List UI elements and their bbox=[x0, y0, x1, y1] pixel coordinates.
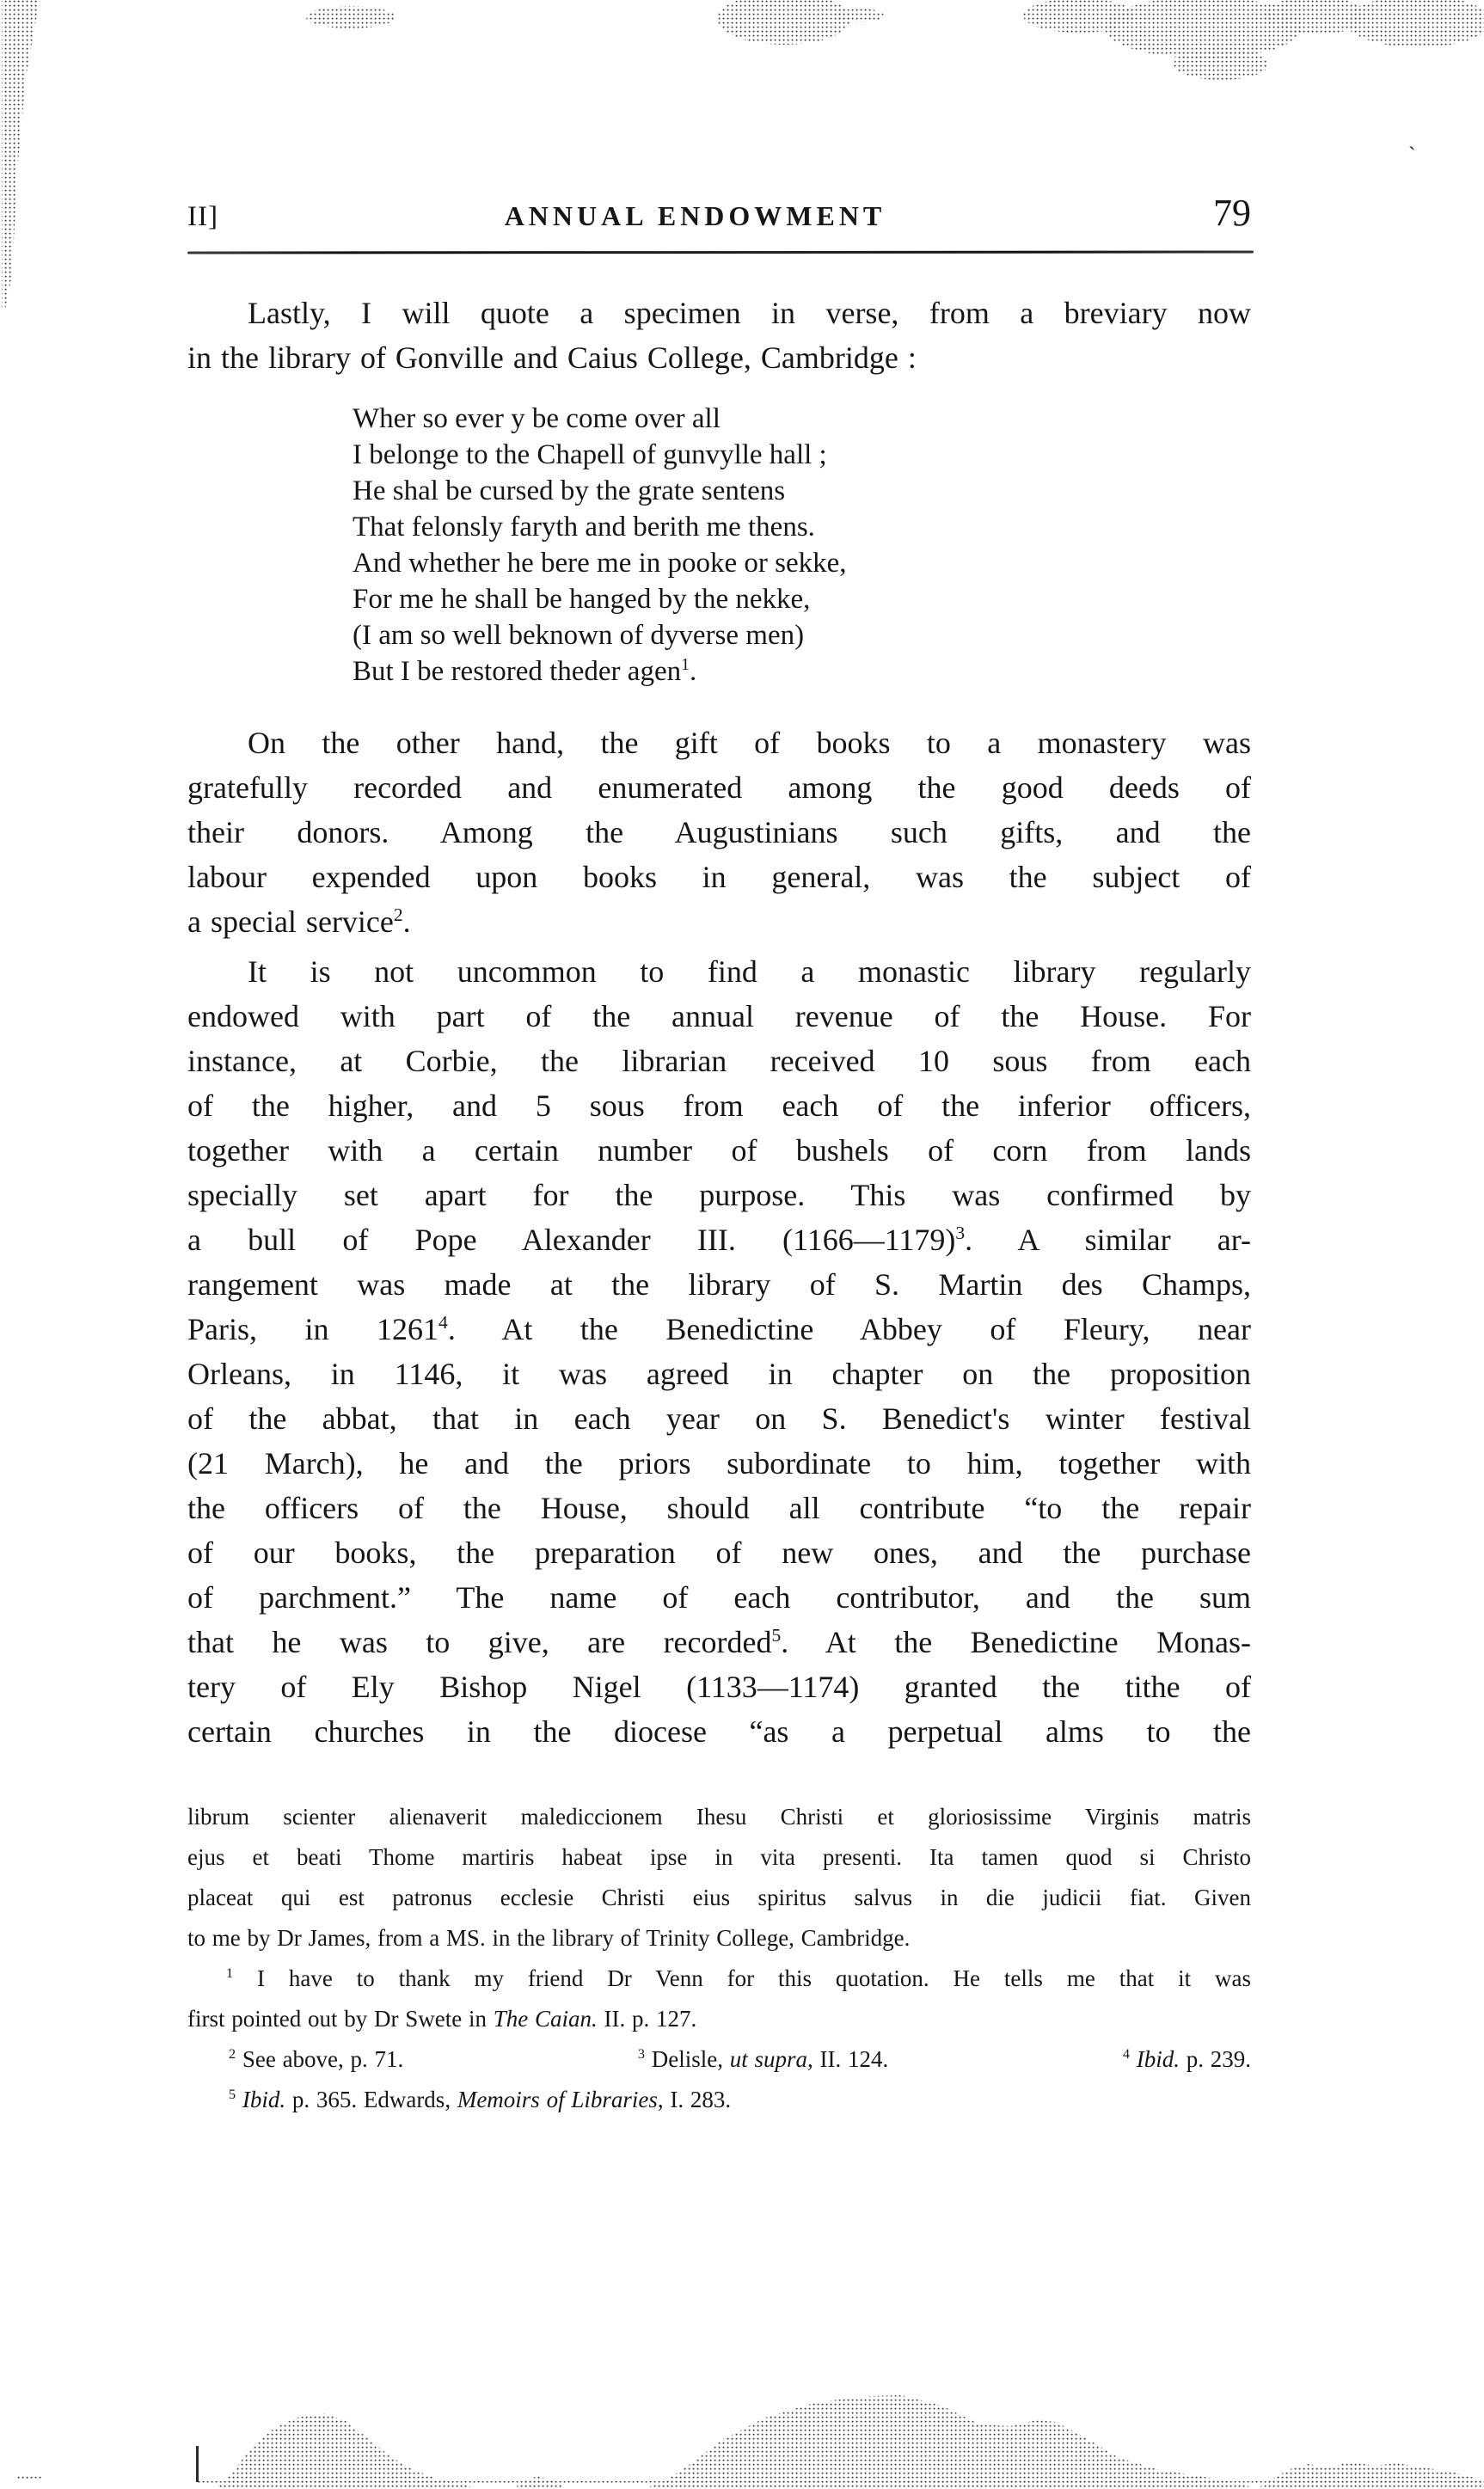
text-line: of parchment.” The name of each contribu… bbox=[187, 1575, 1251, 1620]
text-segment: 5 bbox=[771, 1625, 781, 1646]
text-line: On the other hand, the gift of books to … bbox=[187, 720, 1251, 765]
text-line: And whether he bere me in pooke or sekke… bbox=[353, 545, 1251, 581]
text-segment: tery of Ely Bishop Nigel (1133—1174) gra… bbox=[187, 1670, 1251, 1704]
text-line: Lastly, I will quote a specimen in verse… bbox=[187, 291, 1251, 335]
text-segment: placeat qui est patronus ecclesie Christ… bbox=[187, 1885, 1251, 1910]
text-segment: 3 bbox=[638, 2046, 645, 2062]
footnote-continuation: librum scienter alienaverit malediccione… bbox=[187, 1797, 1251, 1959]
text-line: a bull of Pope Alexander III. (1166—1179… bbox=[187, 1217, 1251, 1262]
footnote-5: 5 Ibid. p. 365. Edwards, Memoirs of Libr… bbox=[187, 2080, 1251, 2120]
footnote-2: 2 See above, p. 71. bbox=[229, 2039, 403, 2080]
text-line: rangement was made at the library of S. … bbox=[187, 1262, 1251, 1307]
text-line: labour expended upon books in general, w… bbox=[187, 855, 1251, 899]
text-line: to me by Dr James, from a MS. in the lib… bbox=[187, 1918, 1251, 1959]
text-segment: . At the Benedictine Abbey of Fleury, ne… bbox=[448, 1312, 1251, 1346]
text-segment: specially set apart for the purpose. Thi… bbox=[187, 1178, 1251, 1212]
text-segment: It is not uncommon to find a monastic li… bbox=[248, 954, 1251, 989]
text-line: of the higher, and 5 sous from each of t… bbox=[187, 1083, 1251, 1128]
text-segment: instance, at Corbie, the librarian recei… bbox=[187, 1044, 1251, 1078]
text-line: (I am so well beknown of dyverse men) bbox=[353, 617, 1251, 653]
scan-artifact-bottom bbox=[0, 2321, 1484, 2489]
text-segment: certain churches in the diocese “as a pe… bbox=[187, 1714, 1251, 1749]
text-segment: gratefully recorded and enumerated among… bbox=[187, 770, 1251, 805]
text-segment: 3 bbox=[955, 1223, 965, 1243]
text-line: Orleans, in 1146, it was agreed in chapt… bbox=[187, 1352, 1251, 1396]
text-segment: The Caian. bbox=[494, 2006, 598, 2032]
text-segment: Ibid. bbox=[242, 2087, 285, 2112]
text-segment: a bull of Pope Alexander III. (1166—1179… bbox=[187, 1223, 955, 1257]
text-segment: 5 bbox=[229, 2087, 236, 2102]
text-segment: Ibid. bbox=[1137, 2046, 1180, 2072]
text-segment: 2 bbox=[229, 2046, 236, 2062]
text-line: Wher so ever y be come over all bbox=[353, 401, 1251, 437]
text-line: gratefully recorded and enumerated among… bbox=[187, 765, 1251, 810]
footnote-row: 2 See above, p. 71. 3 Delisle, ut supra,… bbox=[187, 2039, 1251, 2080]
text-segment bbox=[1130, 2046, 1137, 2072]
text-segment: 1 bbox=[681, 655, 690, 674]
text-line: It is not uncommon to find a monastic li… bbox=[187, 949, 1251, 994]
text-segment: that he was to give, are recorded bbox=[187, 1625, 771, 1659]
footnote-1: 1 I have to thank my friend Dr Venn for … bbox=[187, 1959, 1251, 2039]
ink-speck: ` bbox=[1408, 144, 1416, 167]
text-segment: rangement was made at the library of S. … bbox=[187, 1267, 1251, 1302]
text-segment: a special service bbox=[187, 904, 394, 939]
text-line: together with a certain number of bushel… bbox=[187, 1128, 1251, 1173]
text-line: specially set apart for the purpose. Thi… bbox=[187, 1173, 1251, 1217]
text-line: Paris, in 12614. At the Benedictine Abbe… bbox=[187, 1307, 1251, 1352]
text-segment: On the other hand, the gift of books to … bbox=[248, 726, 1251, 760]
text-segment: ejus et beati Thome martiris habeat ipse… bbox=[187, 1844, 1251, 1870]
text-line: placeat qui est patronus ecclesie Christ… bbox=[187, 1878, 1251, 1918]
text-line: a special service2. bbox=[187, 899, 1251, 944]
footnote-4: 4 Ibid. p. 239. bbox=[1123, 2039, 1251, 2080]
text-segment: Memoirs of Libraries bbox=[457, 2087, 658, 2112]
scanned-book-page: ` II] ANNUAL ENDOWMENT 79 Lastly, I will… bbox=[0, 0, 1484, 2489]
text-segment: in the library of Gonville and Caius Col… bbox=[187, 340, 917, 375]
text-line: endowed with part of the annual revenue … bbox=[187, 994, 1251, 1039]
text-segment: For me he shall be hanged by the nekke, bbox=[353, 584, 810, 615]
text-segment: See above, p. 71. bbox=[236, 2046, 403, 2072]
text-segment: . bbox=[403, 904, 411, 939]
text-segment: of the higher, and 5 sous from each of t… bbox=[187, 1088, 1251, 1123]
text-segment: librum scienter alienaverit malediccione… bbox=[187, 1804, 1251, 1830]
text-line: the officers of the House, should all co… bbox=[187, 1486, 1251, 1530]
text-segment: ut supra bbox=[730, 2046, 807, 2072]
text-segment: labour expended upon books in general, w… bbox=[187, 860, 1251, 894]
text-line: that he was to give, are recorded5. At t… bbox=[187, 1620, 1251, 1664]
text-segment: , I. 283. bbox=[658, 2087, 731, 2112]
text-column: Lastly, I will quote a specimen in verse… bbox=[187, 291, 1251, 2120]
text-line: their donors. Among the Augustinians suc… bbox=[187, 810, 1251, 855]
text-segment: But I be restored theder agen bbox=[353, 656, 681, 687]
text-segment: Paris, in 1261 bbox=[187, 1312, 438, 1346]
text-segment: Lastly, I will quote a specimen in verse… bbox=[248, 296, 1251, 330]
running-title: ANNUAL ENDOWMENT bbox=[505, 200, 886, 232]
text-segment: the officers of the House, should all co… bbox=[187, 1491, 1251, 1525]
text-line: tery of Ely Bishop Nigel (1133—1174) gra… bbox=[187, 1664, 1251, 1709]
text-segment: 4 bbox=[1123, 2046, 1130, 2062]
text-line: in the library of Gonville and Caius Col… bbox=[187, 335, 1251, 380]
text-line: That felonsly faryth and berith me thens… bbox=[353, 509, 1251, 545]
text-segment: I belonge to the Chapell of gunvylle hal… bbox=[353, 439, 827, 470]
text-line: 1 I have to thank my friend Dr Venn for … bbox=[187, 1959, 1251, 1999]
paragraph-intro: Lastly, I will quote a specimen in verse… bbox=[187, 291, 1251, 380]
text-segment: p. 365. Edwards, bbox=[285, 2087, 457, 2112]
text-segment: together with a certain number of bushel… bbox=[187, 1133, 1251, 1168]
text-segment: . At the Benedictine Monas- bbox=[781, 1625, 1251, 1659]
text-segment: And whether he bere me in pooke or sekke… bbox=[353, 548, 847, 579]
text-segment: 4 bbox=[438, 1312, 448, 1333]
text-segment: p. 239. bbox=[1180, 2046, 1251, 2072]
text-segment bbox=[236, 2087, 242, 2112]
text-segment: . bbox=[690, 656, 696, 687]
text-segment: That felonsly faryth and berith me thens… bbox=[353, 512, 815, 543]
text-segment: first pointed out by Dr Swete in bbox=[187, 2006, 494, 2032]
text-line: But I be restored theder agen1. bbox=[353, 653, 1251, 690]
text-line: He shal be cursed by the grate sentens bbox=[353, 473, 1251, 509]
text-line: first pointed out by Dr Swete in The Cai… bbox=[187, 1999, 1251, 2039]
paragraph-endowment: It is not uncommon to find a monastic li… bbox=[187, 949, 1251, 1754]
scan-tick bbox=[196, 2446, 199, 2482]
text-segment: (I am so well beknown of dyverse men) bbox=[353, 620, 804, 651]
text-segment: to me by Dr James, from a MS. in the lib… bbox=[187, 1925, 910, 1951]
text-line: I belonge to the Chapell of gunvylle hal… bbox=[353, 437, 1251, 473]
footnote-3: 3 Delisle, ut supra, II. 124. bbox=[638, 2039, 888, 2080]
text-segment: Delisle, bbox=[645, 2046, 730, 2072]
text-line: ejus et beati Thome martiris habeat ipse… bbox=[187, 1837, 1251, 1878]
text-segment: of our books, the preparation of new one… bbox=[187, 1536, 1251, 1570]
chapter-number: II] bbox=[187, 201, 218, 233]
text-segment: 2 bbox=[394, 904, 403, 925]
text-line: of the abbat, that in each year on S. Be… bbox=[187, 1396, 1251, 1441]
text-line: librum scienter alienaverit malediccione… bbox=[187, 1797, 1251, 1837]
text-segment: , II. 124. bbox=[807, 2046, 888, 2072]
text-segment: . A similar ar- bbox=[965, 1223, 1251, 1257]
text-segment: of parchment.” The name of each contribu… bbox=[187, 1580, 1251, 1615]
text-segment: 1 bbox=[226, 1965, 233, 1981]
text-segment: (21 March), he and the priors subordinat… bbox=[187, 1446, 1251, 1481]
paragraph-gifts: On the other hand, the gift of books to … bbox=[187, 720, 1251, 944]
text-segment: Orleans, in 1146, it was agreed in chapt… bbox=[187, 1357, 1251, 1391]
text-line: (21 March), he and the priors subordinat… bbox=[187, 1441, 1251, 1486]
text-line: certain churches in the diocese “as a pe… bbox=[187, 1709, 1251, 1754]
text-line: For me he shall be hanged by the nekke, bbox=[353, 581, 1251, 617]
text-line: instance, at Corbie, the librarian recei… bbox=[187, 1039, 1251, 1083]
page-number: 79 bbox=[1213, 191, 1251, 235]
text-segment: I have to thank my friend Dr Venn for th… bbox=[233, 1965, 1251, 1991]
text-segment: II. p. 127. bbox=[598, 2006, 696, 2032]
verse-quotation: Wher so ever y be come over allI belonge… bbox=[353, 401, 1251, 690]
running-header: II] ANNUAL ENDOWMENT 79 bbox=[187, 191, 1251, 235]
footnote-block: librum scienter alienaverit malediccione… bbox=[187, 1797, 1251, 2120]
text-segment: endowed with part of the annual revenue … bbox=[187, 999, 1251, 1033]
text-segment: Wher so ever y be come over all bbox=[353, 403, 721, 434]
text-segment: of the abbat, that in each year on S. Be… bbox=[187, 1401, 1251, 1436]
text-segment: He shal be cursed by the grate sentens bbox=[353, 475, 785, 506]
text-segment: their donors. Among the Augustinians suc… bbox=[187, 815, 1251, 849]
header-rule bbox=[187, 250, 1254, 254]
text-line: of our books, the preparation of new one… bbox=[187, 1530, 1251, 1575]
